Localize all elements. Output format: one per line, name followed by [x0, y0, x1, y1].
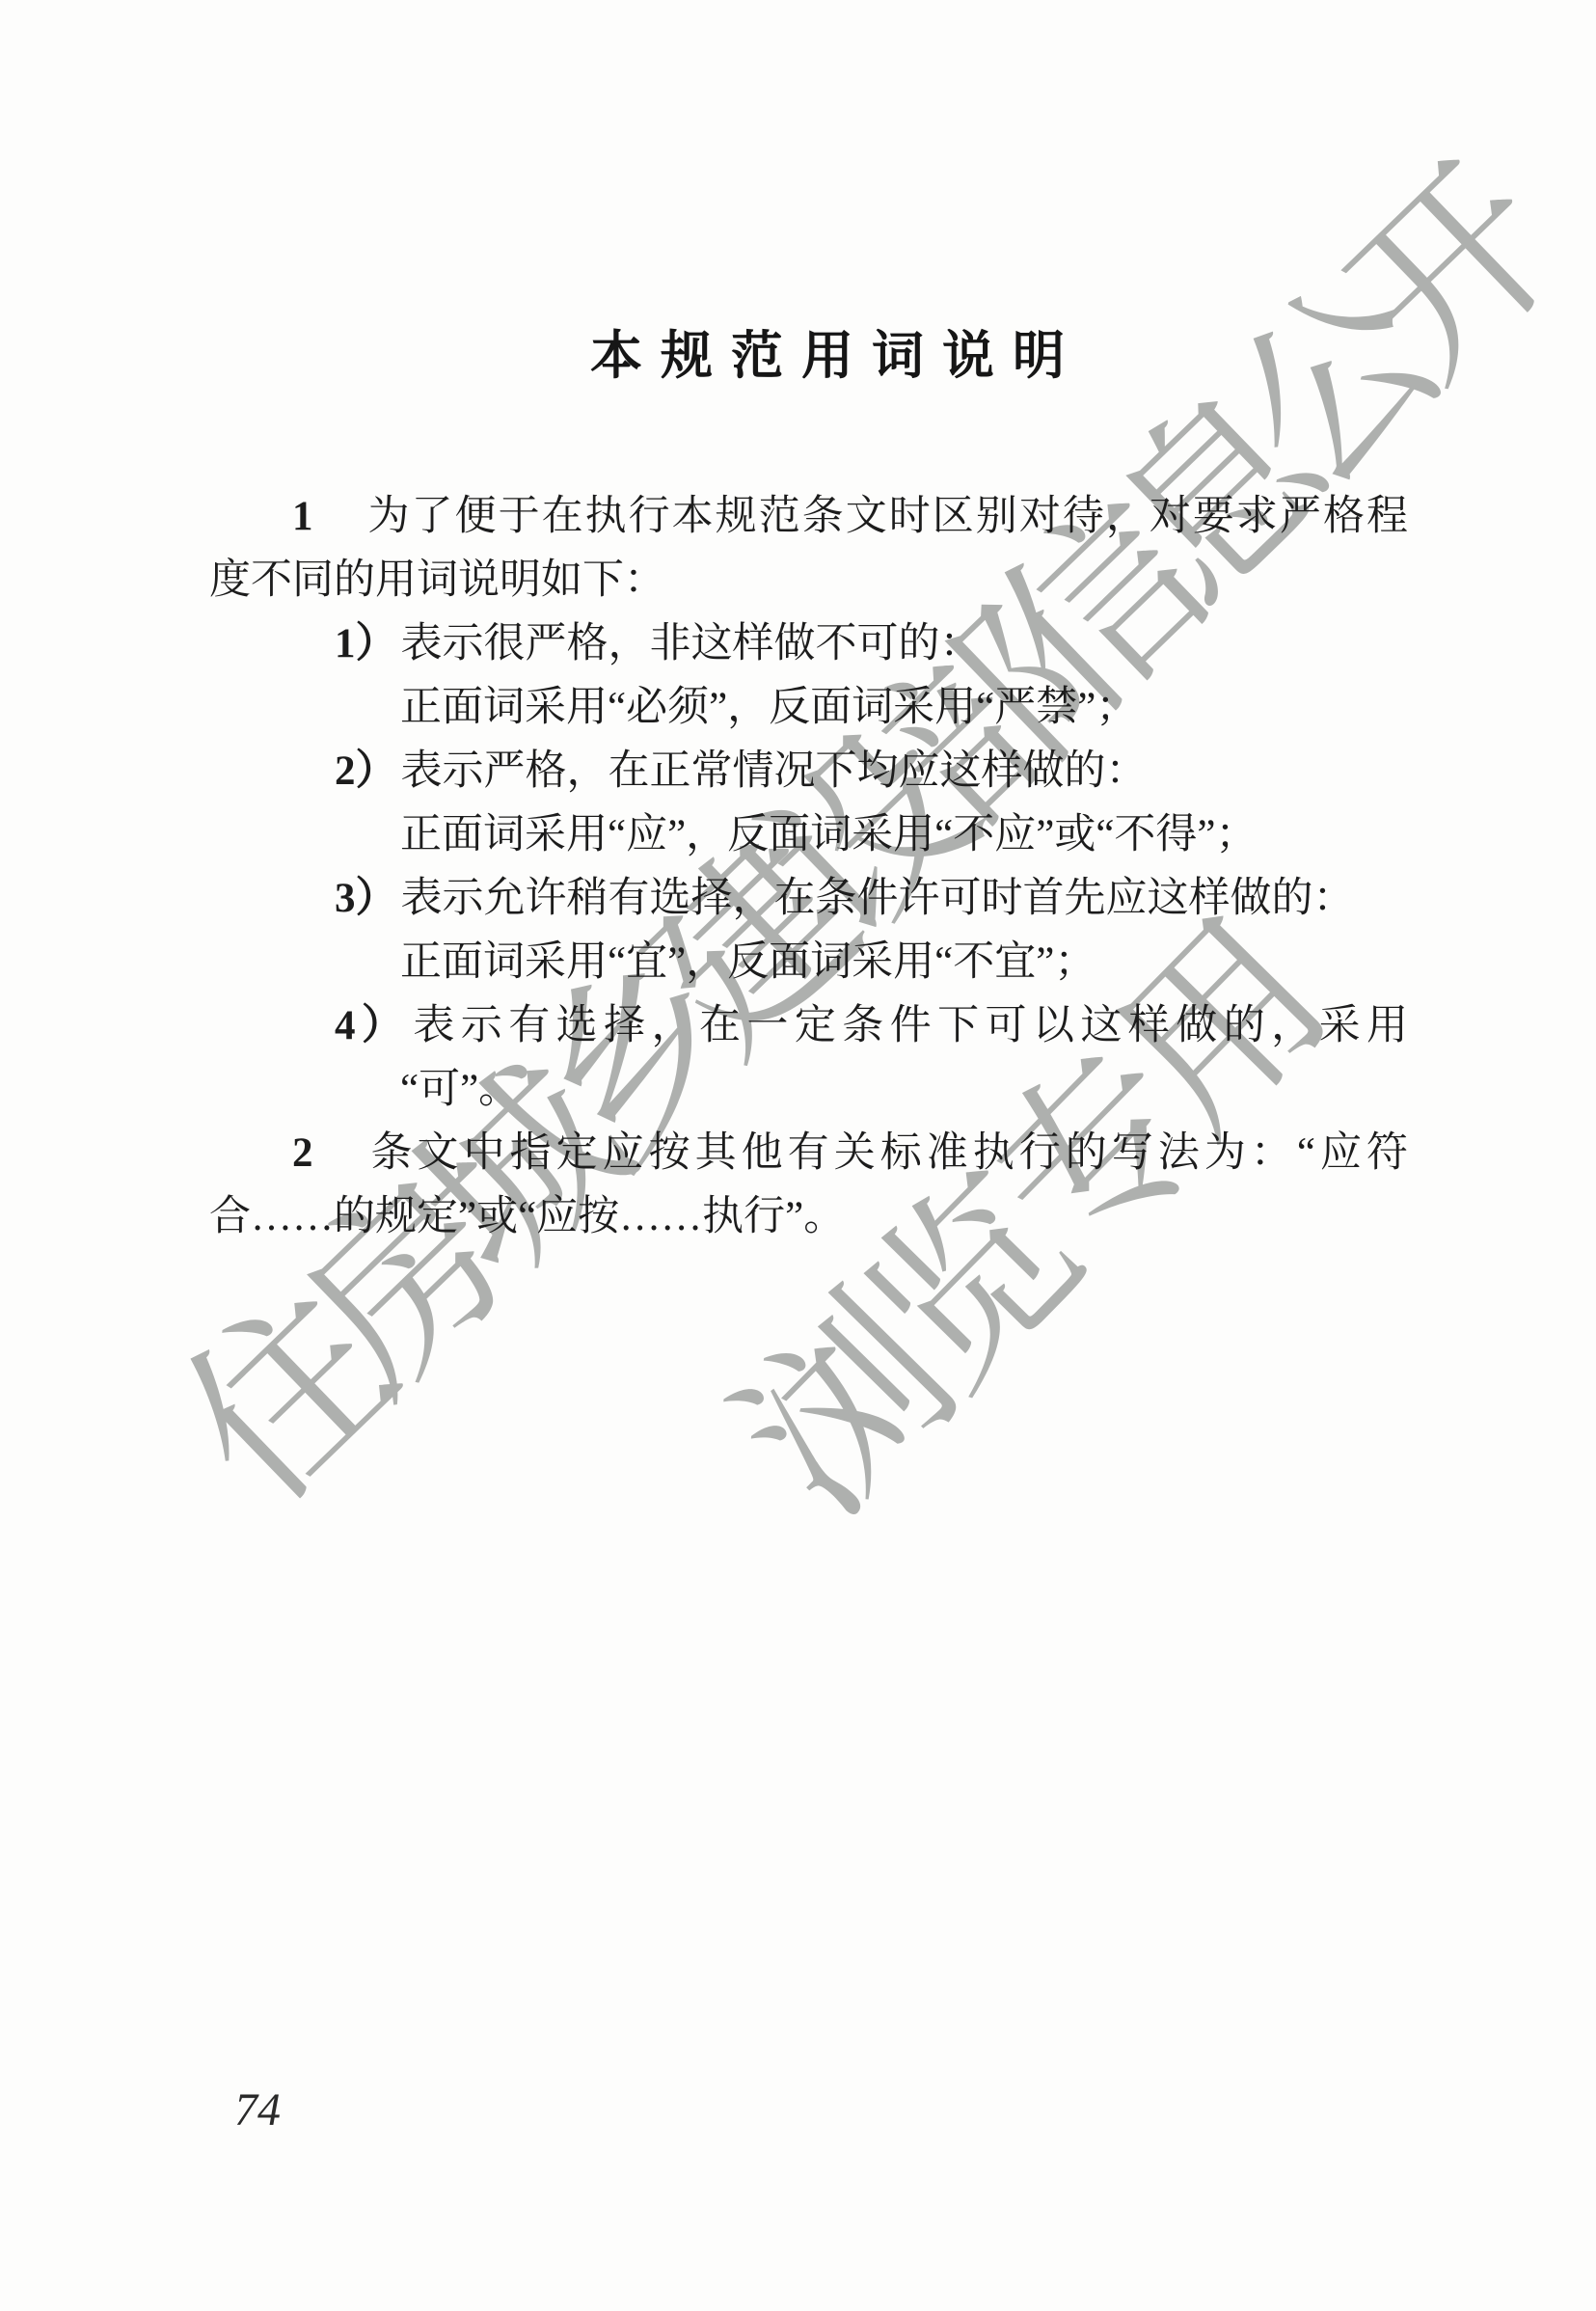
body-text: 1为了便于在执行本规范条文时区别对待，对要求严格程 度不同的用词说明如下： 1）…	[209, 485, 1408, 1249]
list-item-4-line-1: 4）表示有选择，在一定条件下可以这样做的，采用	[209, 994, 1408, 1058]
list-item-1-line-2: 正面词采用“必须”，反面词采用“严禁”；	[209, 676, 1408, 740]
line-text: 表示允许稍有选择，在条件许可时首先应这样做的：	[401, 876, 1355, 921]
list-item-number: 4）	[335, 1003, 409, 1048]
list-item-4-line-2: “可”。	[209, 1058, 1408, 1122]
line-text: 正面词采用“宜”，反面词采用“不宜”；	[400, 939, 1096, 985]
paragraph-1-line-1: 1为了便于在执行本规范条文时区别对待，对要求严格程	[209, 485, 1408, 549]
paragraph-number: 1	[292, 494, 313, 539]
list-item-1-line-1: 1）表示很严格，非这样做不可的：	[209, 612, 1408, 676]
list-item-number: 2）	[335, 748, 397, 794]
line-text: 表示严格，在正常情况下均应这样做的：	[401, 748, 1148, 794]
line-text: 正面词采用“应”，反面词采用“不应”或“不得”；	[400, 812, 1258, 857]
page-number: 74	[234, 2083, 281, 2137]
line-text: 合……的规定”或“应按……执行”。	[209, 1194, 845, 1239]
list-item-3-line-1: 3）表示允许稍有选择，在条件许可时首先应这样做的：	[209, 867, 1408, 931]
list-item-3-line-2: 正面词采用“宜”，反面词采用“不宜”；	[209, 931, 1408, 994]
document-page: 住房城乡建设部信息公开 浏览专用 本规范用词说明 1为了便于在执行本规范条文时区…	[0, 0, 1596, 2311]
list-item-number: 1）	[335, 621, 397, 666]
page-title: 本规范用词说明	[237, 326, 1436, 386]
line-text: 正面词采用“必须”，反面词采用“严禁”；	[400, 685, 1137, 730]
line-text: 为了便于在执行本规范条文时区别对待，对要求严格程	[366, 494, 1409, 539]
paragraph-number: 2	[292, 1130, 313, 1176]
list-item-number: 3）	[335, 876, 397, 921]
paragraph-2-line-2: 合……的规定”或“应按……执行”。	[209, 1185, 1408, 1249]
paragraph-2-line-1: 2条文中指定应按其他有关标准执行的写法为：“应符	[209, 1122, 1408, 1185]
list-item-2-line-2: 正面词采用“应”，反面词采用“不应”或“不得”；	[209, 803, 1408, 867]
list-item-2-line-1: 2）表示严格，在正常情况下均应这样做的：	[209, 740, 1408, 803]
paragraph-1-line-2: 度不同的用词说明如下：	[209, 549, 1408, 612]
line-text: 表示有选择，在一定条件下可以这样做的，采用	[413, 1003, 1408, 1048]
line-text: 度不同的用词说明如下：	[209, 557, 665, 603]
line-text: 条文中指定应按其他有关标准执行的写法为：“应符	[366, 1130, 1409, 1176]
line-text: 表示很严格，非这样做不可的：	[401, 621, 982, 666]
line-text: “可”。	[400, 1067, 520, 1112]
